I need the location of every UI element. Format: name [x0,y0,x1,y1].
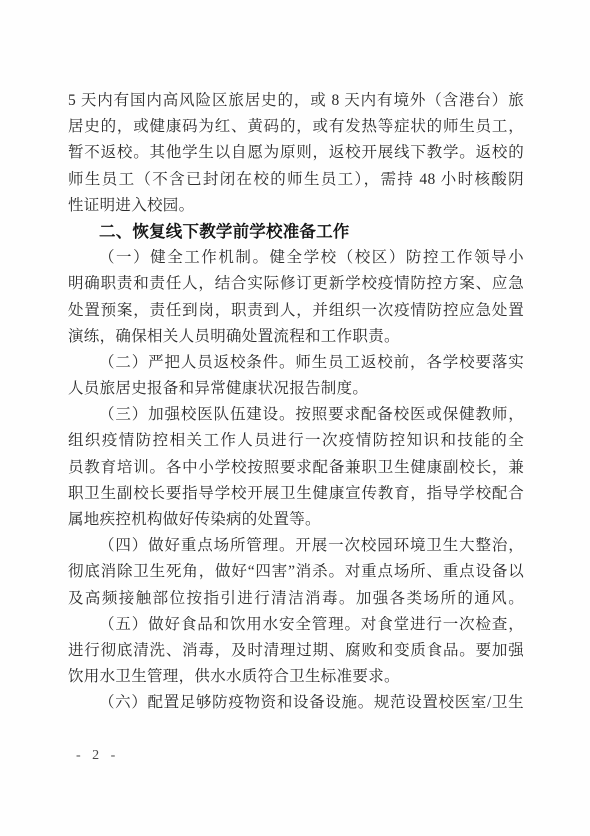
text-line: 居史的，或健康码为红、黄码的，或有发热等症状的师生员工， [68,114,524,140]
text-line: 人员旅居史报备和异常健康状况报告制度。 [68,376,524,402]
text-line: 明确职责和责任人，结合实际修订更新学校疫情防控方案、应急 [68,271,524,297]
text-line: 组织疫情防控相关工作人员进行一次疫情防控知识和技能的全 [68,428,524,454]
text-line: 及高频接触部位按指引进行清洁消毒。加强各类场所的通风。 [68,586,524,612]
text-line: （三）加强校医队伍建设。按照要求配备校医或保健教师， [68,402,524,428]
text-line: 5 天内有国内高风险区旅居史的，或 8 天内有境外（含港台）旅 [68,88,524,114]
text-line: 师生员工（不含已封闭在校的师生员工），需持 48 小时核酸阴 [68,167,524,193]
text-line: 属地疾控机构做好传染病的处置等。 [68,507,524,533]
text-line: 饮用水卫生管理，供水水质符合卫生标准要求。 [68,664,524,690]
text-line: （五）做好食品和饮用水安全管理。对食堂进行一次检查， [68,612,524,638]
text-line: （四）做好重点场所管理。开展一次校园环境卫生大整治， [68,533,524,559]
text-line: 处置预案，责任到岗，职责到人，并组织一次疫情防控应急处置 [68,298,524,324]
text-line: 性证明进入校园。 [68,193,524,219]
text-line: 进行彻底清洗、消毒，及时清理过期、腐败和变质食品。要加强 [68,638,524,664]
text-line: （一）健全工作机制。健全学校（校区）防控工作领导小组， [68,245,524,271]
text-line: （二）严把人员返校条件。师生员工返校前，各学校要落实 [68,350,524,376]
text-line: 员教育培训。各中小学校按照要求配备兼职卫生健康副校长，兼 [68,455,524,481]
document-body: 5 天内有国内高风险区旅居史的，或 8 天内有境外（含港台）旅 居史的，或健康码… [68,88,524,717]
text-line: 演练，确保相关人员明确处置流程和工作职责。 [68,324,524,350]
text-line: 彻底消除卫生死角，做好“四害”消杀。对重点场所、重点设备以 [68,559,524,585]
section-heading: 二、恢复线下教学前学校准备工作 [68,219,524,245]
text-line: 职卫生副校长要指导学校开展卫生健康宣传教育，指导学校配合 [68,481,524,507]
document-page: 5 天内有国内高风险区旅居史的，或 8 天内有境外（含港台）旅 居史的，或健康码… [0,0,590,836]
text-line: （六）配置足够防疫物资和设备设施。规范设置校医室/卫生 [68,690,524,716]
page-number: - 2 - [76,748,119,764]
text-line: 暂不返校。其他学生以自愿为原则，返校开展线下教学。返校的 [68,140,524,166]
